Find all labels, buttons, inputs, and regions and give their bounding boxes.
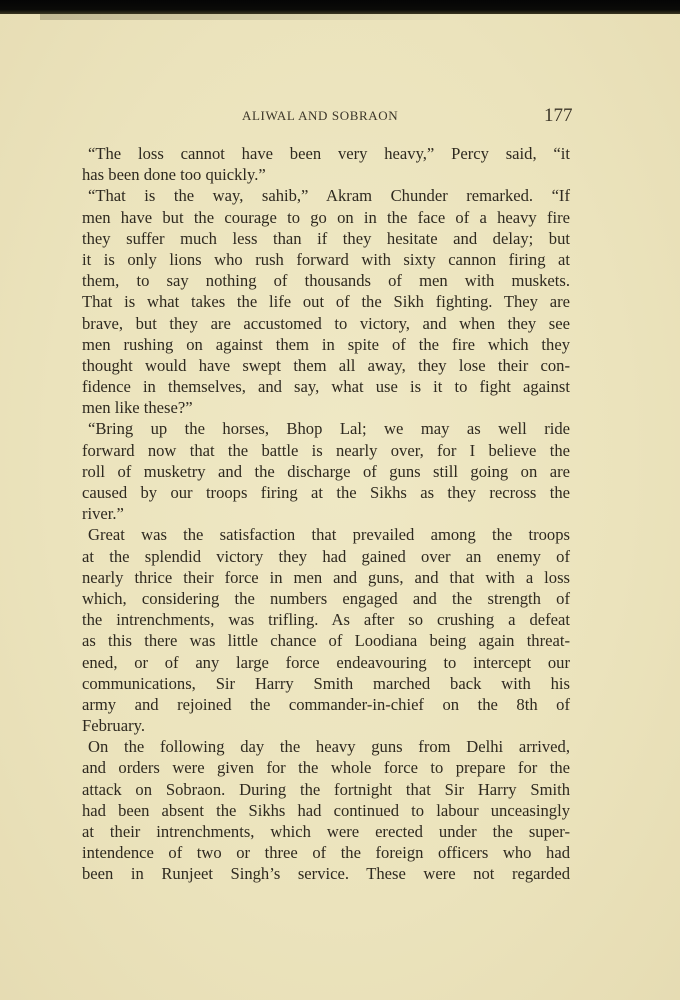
body-text: “The loss cannot have been very heavy,” … bbox=[80, 143, 570, 885]
text-line: “The loss cannot have been very heavy,” … bbox=[80, 143, 570, 164]
text-line: forward now that the battle is nearly ov… bbox=[80, 440, 570, 461]
text-line: at their intrenchments, which were erect… bbox=[80, 821, 570, 842]
running-title: ALIWAL AND SOBRAON bbox=[242, 108, 398, 124]
text-line: as this there was little chance of Loodi… bbox=[80, 630, 570, 651]
text-line: they suffer much less than if they hesit… bbox=[80, 228, 570, 249]
text-line: them, to say nothing of thousands of men… bbox=[80, 270, 570, 291]
text-line: February. bbox=[80, 715, 570, 736]
paragraph-2: “That is the way, sahib,” Akram Chunder … bbox=[80, 185, 570, 418]
text-line: roll of musketry and the discharge of gu… bbox=[80, 461, 570, 482]
text-line: which, considering the numbers engaged a… bbox=[80, 588, 570, 609]
text-line: intendence of two or three of the foreig… bbox=[80, 842, 570, 863]
text-line: That is what takes the life out of the S… bbox=[80, 291, 570, 312]
text-line: the intrenchments, was trifling. As afte… bbox=[80, 609, 570, 630]
text-line: ened, or of any large force endeavouring… bbox=[80, 652, 570, 673]
text-line: “Bring up the horses, Bhop Lal; we may a… bbox=[80, 418, 570, 439]
scan-top-edge bbox=[0, 0, 680, 14]
text-line: attack on Sobraon. During the fortnight … bbox=[80, 779, 570, 800]
text-line: On the following day the heavy guns from… bbox=[80, 736, 570, 757]
text-line: river.” bbox=[80, 503, 570, 524]
text-line: brave, but they are accustomed to victor… bbox=[80, 313, 570, 334]
text-line: and orders were given for the whole forc… bbox=[80, 757, 570, 778]
paragraph-5: On the following day the heavy guns from… bbox=[80, 736, 570, 884]
page-edge-shadow bbox=[40, 14, 440, 20]
paragraph-1: “The loss cannot have been very heavy,” … bbox=[80, 143, 570, 185]
text-line: men like these?” bbox=[80, 397, 570, 418]
paragraph-3: “Bring up the horses, Bhop Lal; we may a… bbox=[80, 418, 570, 524]
text-line: nearly thrice their force in men and gun… bbox=[80, 567, 570, 588]
text-line: it is only lions who rush forward with s… bbox=[80, 249, 570, 270]
text-line: Great was the satisfaction that prevaile… bbox=[80, 524, 570, 545]
text-line: had been absent the Sikhs had continued … bbox=[80, 800, 570, 821]
text-line: caused by our troops firing at the Sikhs… bbox=[80, 482, 570, 503]
paragraph-4: Great was the satisfaction that prevaile… bbox=[80, 524, 570, 736]
text-line: thought would have swept them all away, … bbox=[80, 355, 570, 376]
text-line: fidence in themselves, and say, what use… bbox=[80, 376, 570, 397]
page-number: 177 bbox=[544, 105, 573, 127]
text-line: men rushing on against them in spite of … bbox=[80, 334, 570, 355]
text-line: at the splendid victory they had gained … bbox=[80, 546, 570, 567]
text-line: “That is the way, sahib,” Akram Chunder … bbox=[80, 185, 570, 206]
text-line: has been done too quickly.” bbox=[80, 164, 570, 185]
text-line: army and rejoined the commander-in-chief… bbox=[80, 694, 570, 715]
text-line: been in Runjeet Singh’s service. These w… bbox=[80, 863, 570, 884]
text-line: communications, Sir Harry Smith marched … bbox=[80, 673, 570, 694]
text-line: men have but the courage to go on in the… bbox=[80, 207, 570, 228]
